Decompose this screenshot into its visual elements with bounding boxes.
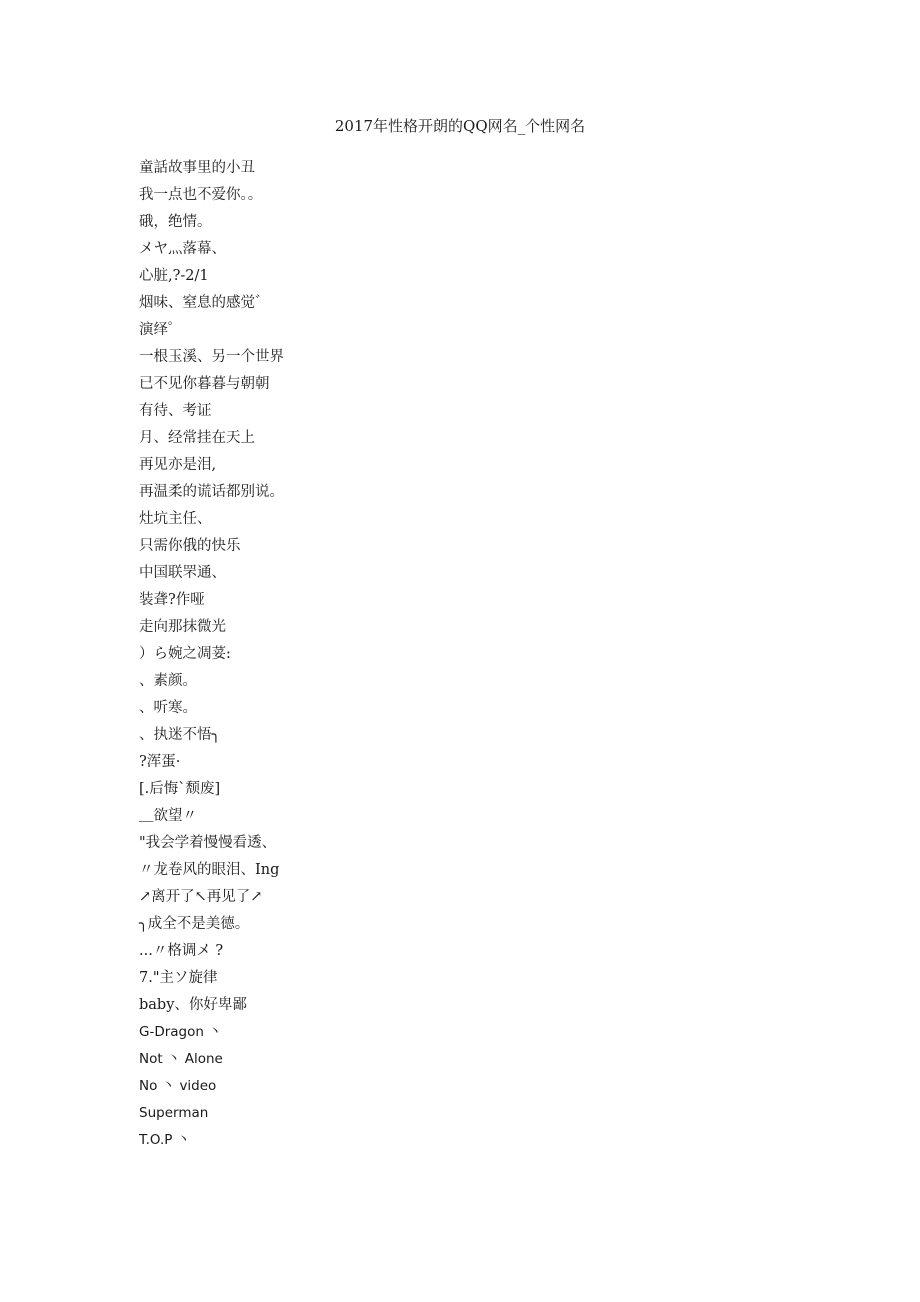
list-item: 再温柔的谎话都别说。 bbox=[139, 481, 284, 508]
list-item: 装聋?作哑 bbox=[139, 589, 284, 616]
list-item: Not 丶 Alone bbox=[139, 1048, 284, 1075]
list-item: 、素颜。 bbox=[139, 670, 284, 697]
list-item: 心脏,?-2/1 bbox=[139, 265, 284, 292]
list-item: 走向那抹微光 bbox=[139, 616, 284, 643]
list-item: 演绎゜ bbox=[139, 319, 284, 346]
list-item: 、听寒。 bbox=[139, 697, 284, 724]
list-item: [.后悔`颓废] bbox=[139, 778, 284, 805]
list-item: 〃龙卷风的眼泪、Ing bbox=[139, 859, 284, 886]
list-item: 、执迷不悟╮ bbox=[139, 724, 284, 751]
list-item: 硪，绝情。 bbox=[139, 211, 284, 238]
list-item: 我一点也不爱你。。 bbox=[139, 184, 284, 211]
list-item: G-Dragon 丶 bbox=[139, 1021, 284, 1048]
list-item: "我会学着慢慢看透、 bbox=[139, 832, 284, 859]
document-page: 2017年性格开朗的QQ网名_个性网名 童話故事里的小丑 我一点也不爱你。。 硪… bbox=[0, 0, 920, 1302]
list-item: 只需你俄的快乐 bbox=[139, 535, 284, 562]
list-item: Superman bbox=[139, 1102, 284, 1129]
nickname-list: 童話故事里的小丑 我一点也不爱你。。 硪，绝情。 メヤ灬落幕、 心脏,?-2/1… bbox=[139, 157, 284, 1156]
list-item: 灶坑主任、 bbox=[139, 508, 284, 535]
list-item: T.O.P 丶 bbox=[139, 1129, 284, 1156]
list-item: 童話故事里的小丑 bbox=[139, 157, 284, 184]
list-item: 再见亦是泪, bbox=[139, 454, 284, 481]
list-item: ?浑蛋· bbox=[139, 751, 284, 778]
list-item: メヤ灬落幕、 bbox=[139, 238, 284, 265]
list-item: 月、经常挂在天上 bbox=[139, 427, 284, 454]
list-item: 有待、考证 bbox=[139, 400, 284, 427]
list-item: 7."主ソ旋律 bbox=[139, 967, 284, 994]
document-title: 2017年性格开朗的QQ网名_个性网名 bbox=[0, 116, 920, 136]
list-item: baby、你好卑鄙 bbox=[139, 994, 284, 1021]
list-item: 已不见你暮暮与朝朝 bbox=[139, 373, 284, 400]
list-item: 烟味、窒息的感觉゛ bbox=[139, 292, 284, 319]
list-item: ）ら婉之凋荽: bbox=[139, 643, 284, 670]
list-item: No 丶 video bbox=[139, 1075, 284, 1102]
list-item: ╮成全不是美德。 bbox=[139, 913, 284, 940]
list-item: ↗离开了↖再见了↗ bbox=[139, 886, 284, 913]
list-item: 一根玉溪、另一个世界 bbox=[139, 346, 284, 373]
list-item: ＿欲望〃 bbox=[139, 805, 284, 832]
list-item: ...〃格调メ ? bbox=[139, 940, 284, 967]
list-item: 中国联罘通、 bbox=[139, 562, 284, 589]
